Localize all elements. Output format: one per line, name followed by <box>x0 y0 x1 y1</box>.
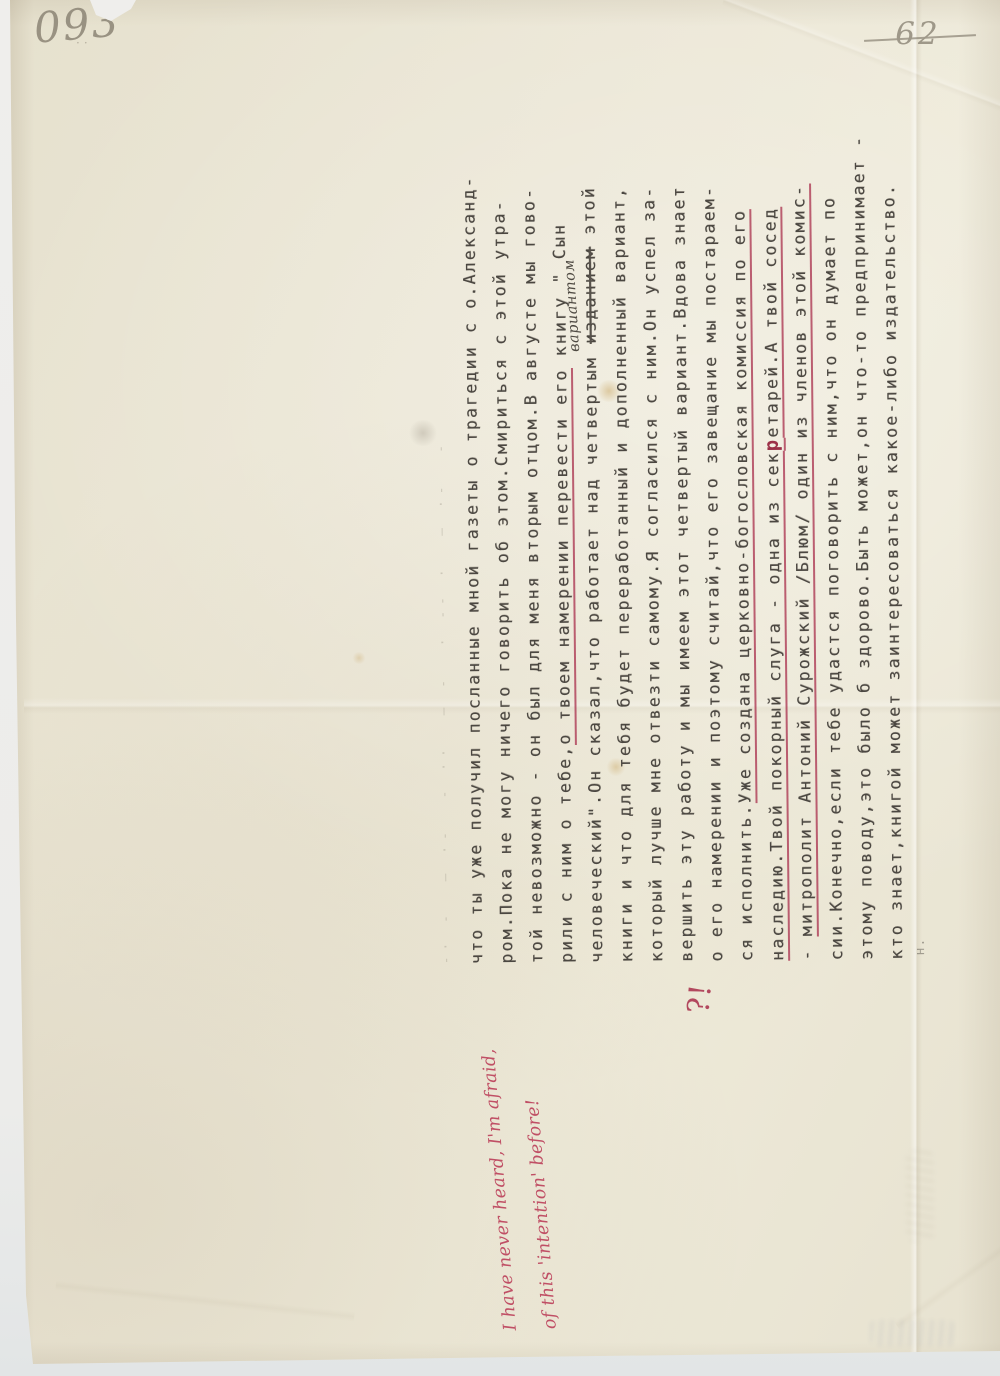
red-underlined-text: р <box>761 437 786 451</box>
typed-letter-block: -· - — ·- - ·· — - · -- · — ·- -что ты у… <box>424 160 912 965</box>
page-number: 62 <box>872 16 964 52</box>
red-underlined-text: етарей.А твой сосед <box>760 207 784 438</box>
line-segment: этой <box>579 186 599 247</box>
line-segment: ся исполнить. <box>736 803 757 961</box>
scanned-document: { "colors":{"paper":"#ebe6d5","ink":"#4b… <box>0 0 1000 1376</box>
line-segment: этому поводу,это было б здорово.Быть мож… <box>849 135 877 960</box>
line-segment: который лучше мне отвезти самому.Я согла… <box>639 186 666 963</box>
line-segment: ром.Пока не могу ничего говорить об этом… <box>489 199 516 964</box>
red-underlined-text: наследию.Твой покорный слуга - одна из с… <box>763 451 790 961</box>
line-segment: о его намерении и поэтому считай,что его… <box>699 185 726 962</box>
line-segment: той невозможно - он был для меня вторым … <box>519 187 546 964</box>
line-segment: что ты уже получил посланные мной газеты… <box>459 175 486 964</box>
line-segment: - <box>797 936 816 960</box>
typed-fragment: н. <box>913 938 928 956</box>
line-segment: кто знает,книгой может заинтересоваться … <box>879 183 906 960</box>
english-note: I have never heard, I'm afraid, of this … <box>479 989 571 1332</box>
typed-lines: -· - — ·- - ·· — - · -- · — ·- -что ты у… <box>424 160 912 965</box>
line-segment: сии.Конечно,если тебе удастся поговорить… <box>819 196 846 961</box>
page-number-value: 62 <box>895 16 940 52</box>
struck-word: изданиемвариантом <box>580 247 600 344</box>
line-segment: человеческий".Он сказал,что работает над… <box>581 344 606 963</box>
red-margin-mark: ?! <box>681 982 719 1015</box>
red-underlined-text: о твоем намерении перевести его <box>551 368 577 744</box>
line-segment: вершить эту работу и мы имеем этот четве… <box>669 185 696 962</box>
line-segment: книги и что для тебя будет переработанны… <box>609 186 636 963</box>
line-segment: -· - — ·- - ·· — - · -- · — ·- - <box>434 439 455 965</box>
line-segment: рили с ним о тебе, <box>555 745 576 964</box>
red-underlined-text: Уже создана церковно-богословская комисс… <box>729 209 757 804</box>
paper-sheet: 093 ·· 62 -· - — ·- - ·· — - · -- · — ·-… <box>0 0 1000 1376</box>
pencil-smudge: ·· <box>76 36 92 50</box>
